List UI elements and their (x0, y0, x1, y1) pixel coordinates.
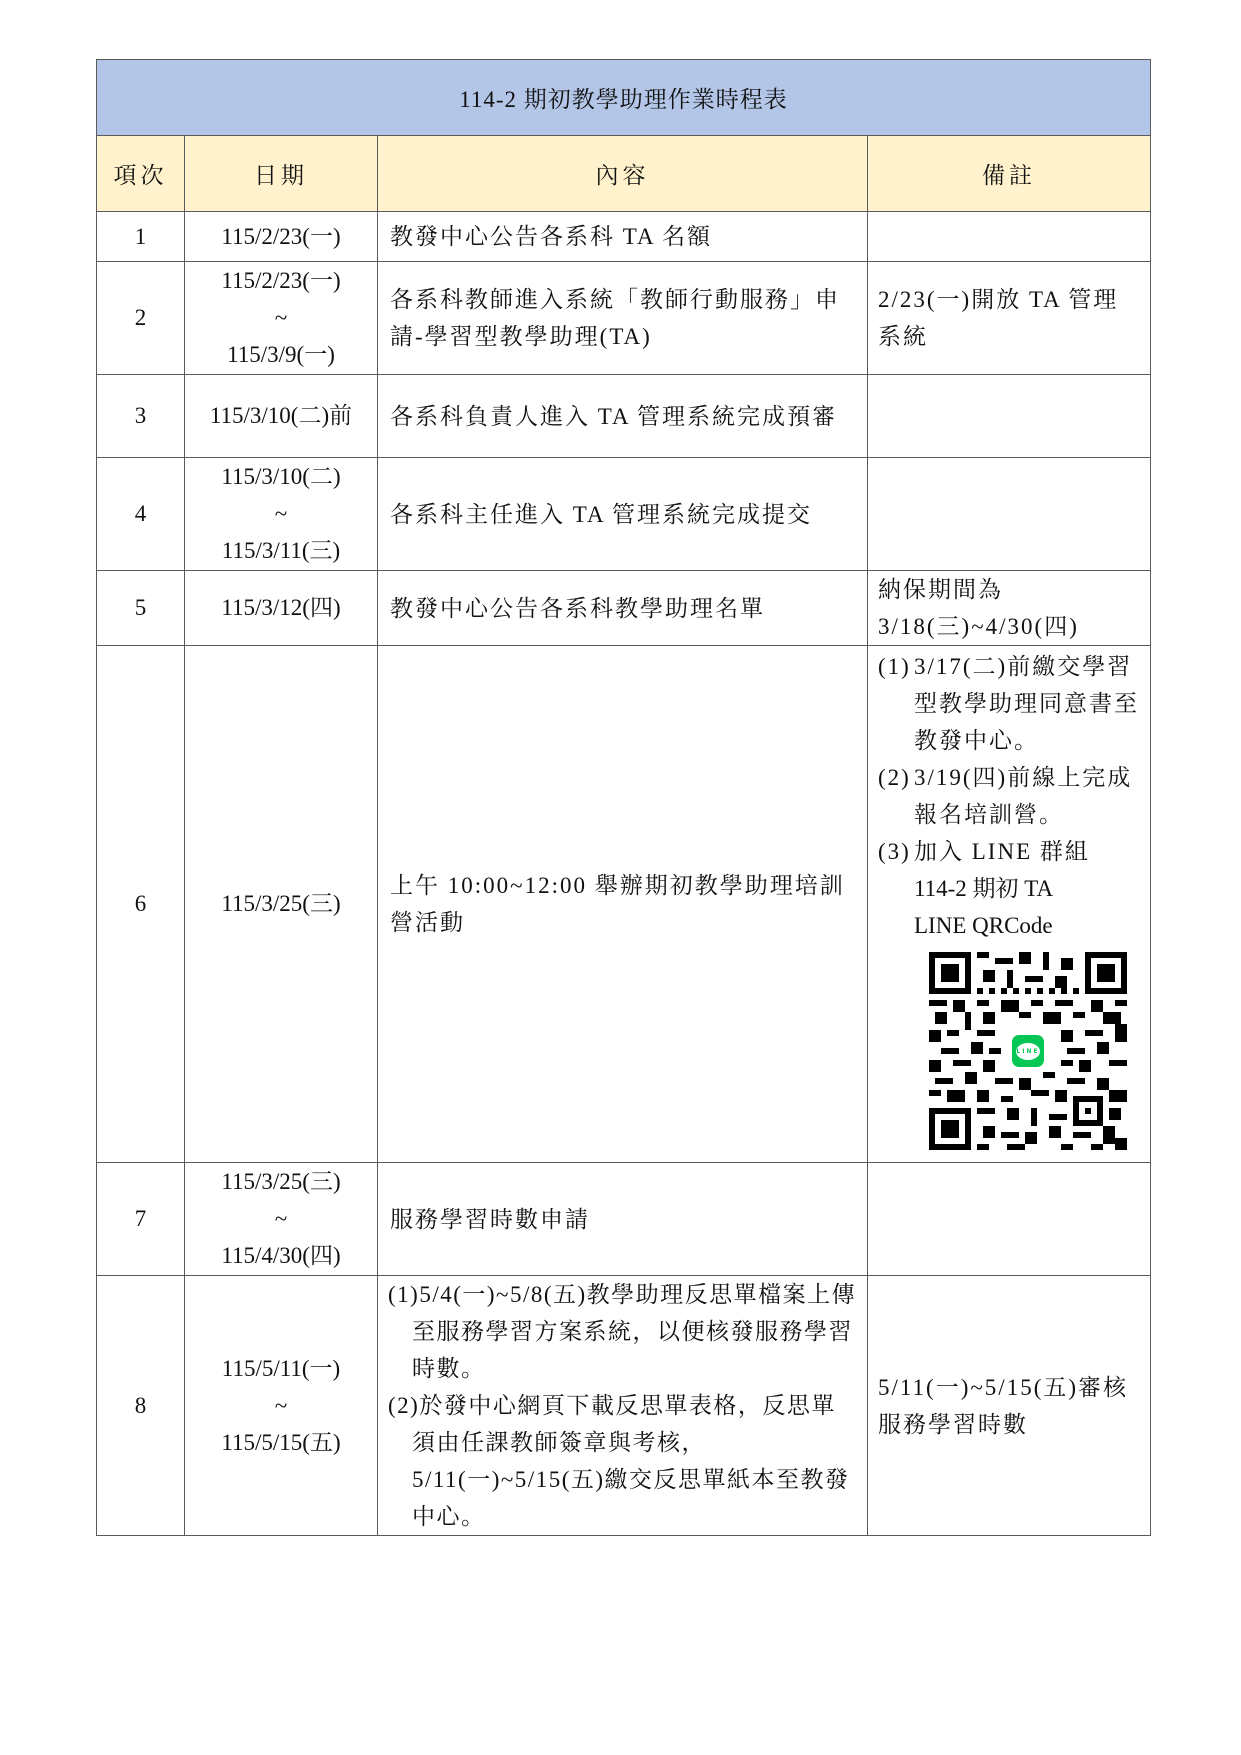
row-content: 教發中心公告各系科教學助理名單 (378, 571, 868, 646)
schedule-table: 114-2 期初教學助理作業時程表 項次 日期 內容 備註 1 115/2/23… (96, 59, 1151, 1536)
row-note (868, 212, 1151, 262)
row-date: 115/3/25(三) ~ 115/4/30(四) (185, 1163, 378, 1276)
note-line: 加入 LINE 群組 (914, 833, 1090, 870)
row-content: (1)5/4(一)~5/8(五)教學助理反思單檔案上傳至服務學習方案系統，以便核… (378, 1276, 868, 1536)
date-start: 115/3/10(二)前 (210, 403, 352, 428)
row-content: 各系科主任進入 TA 管理系統完成提交 (378, 458, 868, 571)
note-line: 納保期間為 (878, 571, 1142, 608)
note-item-text: 3/19(四)前線上完成報名培訓營。 (914, 759, 1142, 833)
row-note: 納保期間為 3/18(三)~4/30(四) (868, 571, 1151, 646)
table-row: 3 115/3/10(二)前 各系科負責人進入 TA 管理系統完成預審 (97, 375, 1151, 458)
note-item-2: (2) 3/19(四)前線上完成報名培訓營。 (878, 759, 1142, 833)
table-row: 1 115/2/23(一) 教發中心公告各系科 TA 名額 (97, 212, 1151, 262)
row-number: 3 (97, 375, 185, 458)
note-item-label: (1) (878, 648, 914, 759)
row-date: 115/2/23(一) (185, 212, 378, 262)
row-note (868, 375, 1151, 458)
date-start: 115/3/25(三) (185, 1163, 377, 1201)
row-number: 2 (97, 262, 185, 375)
row-date: 115/5/11(一) ~ 115/5/15(五) (185, 1276, 378, 1536)
header-row: 項次 日期 內容 備註 (97, 136, 1151, 212)
table-row: 6 115/3/25(三) 上午 10:00~12:00 舉辦期初教學助理培訓營… (97, 646, 1151, 1163)
table-row: 2 115/2/23(一) ~ 115/3/9(一) 各系科教師進入系統「教師行… (97, 262, 1151, 375)
date-start: 115/3/25(三) (221, 891, 340, 916)
row-date: 115/3/12(四) (185, 571, 378, 646)
note-line: 114-2 期初 TA (914, 870, 1090, 907)
date-separator: ~ (185, 496, 377, 532)
content-item-2: (2)於發中心網頁下載反思單表格，反思單須由任課教師簽章與考核，5/11(一)~… (388, 1387, 857, 1535)
row-number: 7 (97, 1163, 185, 1276)
date-start: 115/2/23(一) (221, 224, 340, 249)
row-date: 115/2/23(一) ~ 115/3/9(一) (185, 262, 378, 375)
note-item-label: (2) (878, 759, 914, 833)
line-logo-text: LINE (1016, 1043, 1040, 1060)
row-number: 8 (97, 1276, 185, 1536)
date-separator: ~ (185, 1201, 377, 1237)
row-note: 5/11(一)~5/15(五)審核服務學習時數 (868, 1276, 1151, 1536)
row-note: (1) 3/17(二)前繳交學習型教學助理同意書至教發中心。 (2) 3/19(… (868, 646, 1151, 1163)
note-line: 3/18(三)~4/30(四) (878, 608, 1142, 645)
row-date: 115/3/10(二) ~ 115/3/11(三) (185, 458, 378, 571)
date-end: 115/4/30(四) (185, 1237, 377, 1275)
header-date: 日期 (185, 136, 378, 212)
row-note (868, 458, 1151, 571)
date-start: 115/3/10(二) (185, 458, 377, 496)
row-date: 115/3/10(二)前 (185, 375, 378, 458)
row-note: 2/23(一)開放 TA 管理系統 (868, 262, 1151, 375)
qr-container: LINE (878, 944, 1142, 1162)
table-row: 5 115/3/12(四) 教發中心公告各系科教學助理名單 納保期間為 3/18… (97, 571, 1151, 646)
row-date: 115/3/25(三) (185, 646, 378, 1163)
row-content: 服務學習時數申請 (378, 1163, 868, 1276)
note-line: LINE QRCode (914, 907, 1090, 944)
header-note: 備註 (868, 136, 1151, 212)
date-start: 115/3/12(四) (221, 595, 340, 620)
row-note (868, 1163, 1151, 1276)
table-row: 4 115/3/10(二) ~ 115/3/11(三) 各系科主任進入 TA 管… (97, 458, 1151, 571)
date-end: 115/5/15(五) (185, 1424, 377, 1462)
date-end: 115/3/11(三) (185, 532, 377, 570)
line-qr-code[interactable]: LINE (929, 952, 1127, 1150)
row-content: 各系科教師進入系統「教師行動服務」申請-學習型教學助理(TA) (378, 262, 868, 375)
note-item-3: (3) 加入 LINE 群組 114-2 期初 TA LINE QRCode (878, 833, 1142, 944)
row-number: 5 (97, 571, 185, 646)
title-row: 114-2 期初教學助理作業時程表 (97, 60, 1151, 136)
table-row: 8 115/5/11(一) ~ 115/5/15(五) (1)5/4(一)~5/… (97, 1276, 1151, 1536)
row-number: 6 (97, 646, 185, 1163)
page-title: 114-2 期初教學助理作業時程表 (97, 60, 1151, 136)
row-number: 4 (97, 458, 185, 571)
date-start: 115/5/11(一) (185, 1350, 377, 1388)
header-content: 內容 (378, 136, 868, 212)
date-end: 115/3/9(一) (185, 336, 377, 374)
row-content: 各系科負責人進入 TA 管理系統完成預審 (378, 375, 868, 458)
row-content: 教發中心公告各系科 TA 名額 (378, 212, 868, 262)
date-start: 115/2/23(一) (185, 262, 377, 300)
line-logo-icon: LINE (1009, 1032, 1047, 1070)
content-item-1: (1)5/4(一)~5/8(五)教學助理反思單檔案上傳至服務學習方案系統，以便核… (388, 1276, 857, 1387)
table-row: 7 115/3/25(三) ~ 115/4/30(四) 服務學習時數申請 (97, 1163, 1151, 1276)
note-item-label: (3) (878, 833, 914, 944)
header-no: 項次 (97, 136, 185, 212)
note-item-1: (1) 3/17(二)前繳交學習型教學助理同意書至教發中心。 (878, 648, 1142, 759)
date-separator: ~ (185, 1388, 377, 1424)
row-content: 上午 10:00~12:00 舉辦期初教學助理培訓營活動 (378, 646, 868, 1163)
date-separator: ~ (185, 300, 377, 336)
note-item-text: 加入 LINE 群組 114-2 期初 TA LINE QRCode (914, 833, 1090, 944)
note-item-text: 3/17(二)前繳交學習型教學助理同意書至教發中心。 (914, 648, 1142, 759)
row-number: 1 (97, 212, 185, 262)
